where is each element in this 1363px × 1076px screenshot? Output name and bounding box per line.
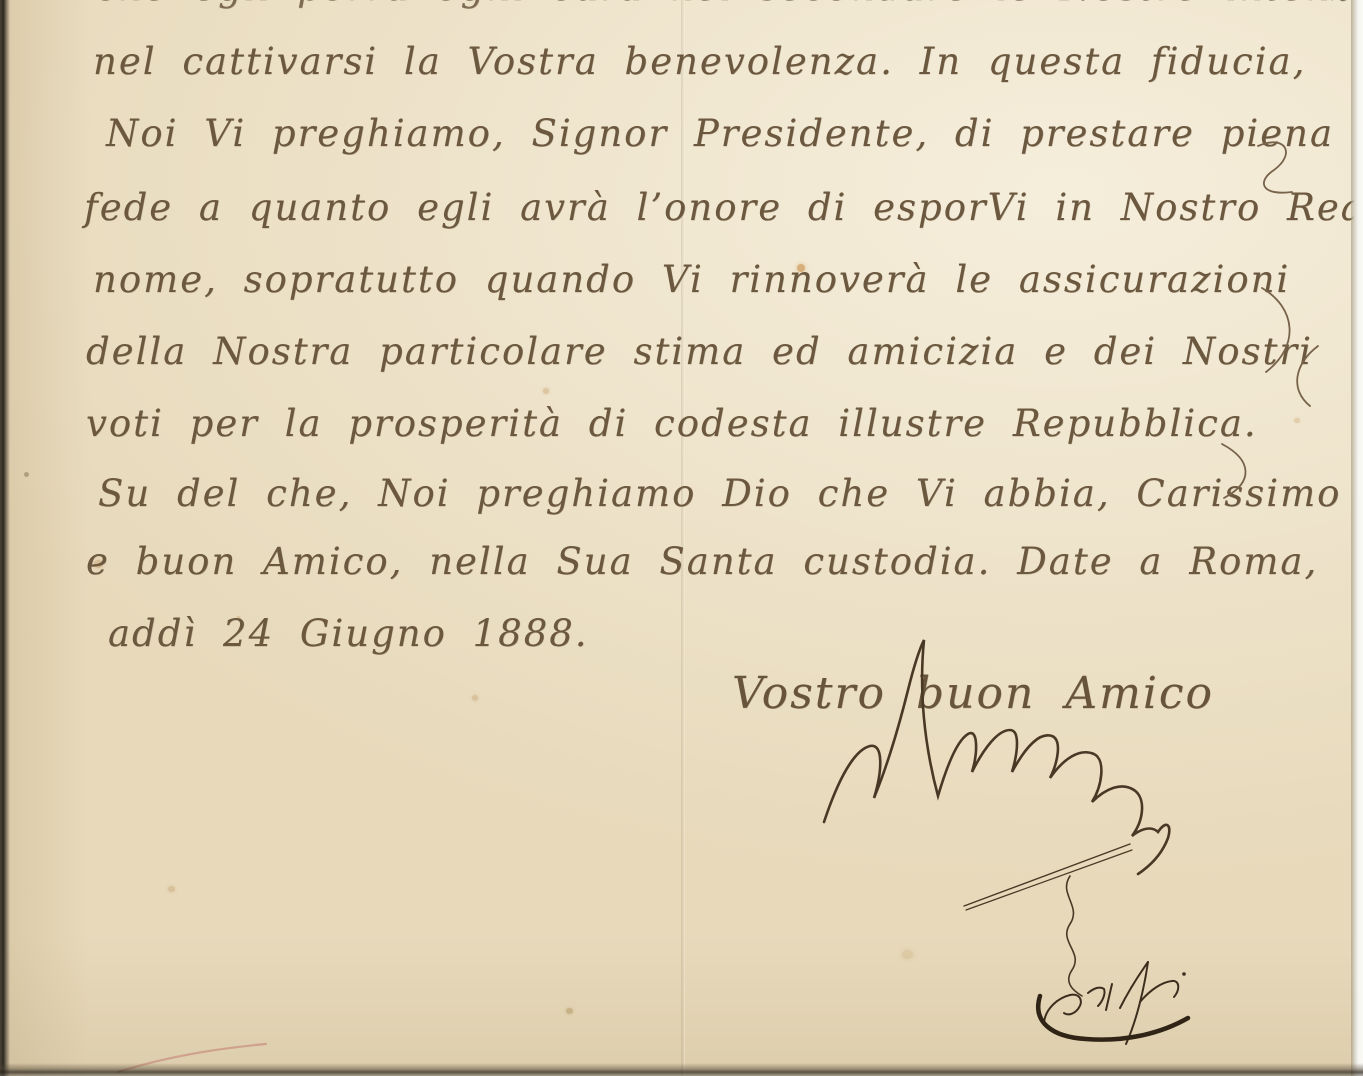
letter-line: fede a quanto egli avrà l’onore di espor…: [84, 186, 1363, 229]
foxing-spot: [902, 950, 913, 959]
signature-slash-stroke: [966, 850, 1132, 910]
letter-date-line: addì 24 Giugno 1888.: [108, 612, 589, 655]
foxing-spot: [566, 1008, 573, 1014]
foxing-spot: [24, 472, 29, 477]
letter-line: e buon Amico, nella Sua Santa custodia. …: [86, 540, 1318, 583]
letter-line: voti per la prosperità di codesta illust…: [86, 402, 1258, 445]
page-bottom-edge: [0, 1063, 1363, 1076]
paper-left-shading: [0, 0, 90, 1076]
fold-crease: [681, 0, 685, 1076]
letter-scan: che egli porrà ogni cura nel secondare l…: [0, 0, 1363, 1076]
letter-closing: Vostro buon Amico: [732, 668, 1214, 719]
letter-line: della Nostra particolare stima ed amiciz…: [86, 330, 1313, 373]
signature-slash-stroke: [964, 844, 1130, 906]
foxing-spot: [1294, 418, 1300, 423]
foxing-spot: [543, 388, 549, 394]
letter-line: Su del che, Noi preghiamo Dio che Vi abb…: [98, 472, 1341, 515]
page-left-edge: [0, 0, 10, 1076]
foxing-spot: [472, 695, 478, 701]
scan-right-margin: [1351, 0, 1363, 1076]
letter-line: nel cattivarsi la Vostra benevolenza. In…: [93, 40, 1306, 83]
letter-line-clipped: che egli porrà ogni cura nel secondare l…: [96, 0, 1363, 9]
letter-line: nome, sopratutto quando Vi rinnoverà le …: [93, 258, 1290, 301]
foxing-spot: [168, 886, 175, 892]
letter-line: Noi Vi preghiamo, Signor Presidente, di …: [106, 112, 1334, 155]
